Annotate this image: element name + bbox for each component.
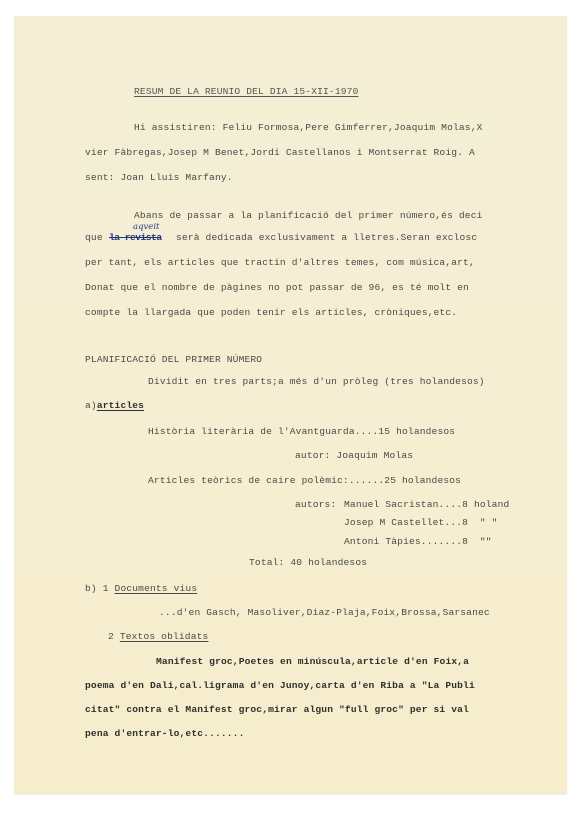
handwritten-insert: aqveit: [133, 222, 159, 232]
attendance-line-2: vier Fàbregas,Josep M Benet,Jordi Castel…: [85, 147, 475, 159]
struck-text: la revista: [109, 232, 162, 243]
article-item-1-author: autor: Joaquim Molas: [295, 450, 413, 462]
paragraph2-line-2-rest: serà dedicada exclusivament a lletres.Se…: [176, 232, 477, 244]
part-b-item-1-prefix: b) 1: [85, 583, 115, 594]
part-a-title: articles: [97, 400, 144, 411]
paragraph2-line-5: compte la llargada que poden tenir els a…: [85, 307, 457, 319]
paragraph2-line-1: Abans de passar a la planificació del pr…: [134, 210, 483, 222]
part-b-item-2-line-1: Manifest groc,Poetes en minúscula,articl…: [156, 656, 469, 668]
part-b-item-2-line-3: citat" contra el Manifest groc,mirar alg…: [85, 704, 469, 716]
attendance-line-3: sent: Joan Lluis Marfany.: [85, 172, 233, 184]
typed-page: RESUM DE LA REUNIO DEL DIA 15-XII-1970 H…: [14, 16, 567, 794]
part-b-item-1: b) 1 Documents vius: [85, 583, 197, 595]
part-b-item-2-line-4: pena d'entrar-lo,etc.......: [85, 728, 245, 740]
article-item-2: Articles teòrics de caire polèmic:......…: [148, 475, 461, 487]
paragraph2-line-3: per tant, els articles que tractin d'alt…: [85, 257, 475, 269]
part-b-item-1-text: ...d'en Gasch, Masoliver,Diaz-Plaja,Foix…: [159, 607, 490, 619]
part-b-item-2-title: Textos oblidats: [120, 631, 209, 642]
part-b-item-2-line-2: poema d'en Dali,cal.ligrama d'en Junoy,c…: [85, 680, 475, 692]
part-b-item-2: 2 Textos oblidats: [108, 631, 208, 643]
author-line-1: Manuel Sacristan....8 holand: [344, 499, 509, 511]
author-line-3: Antoni Tàpies.......8 "": [344, 536, 492, 548]
document-title: RESUM DE LA REUNIO DEL DIA 15-XII-1970: [134, 86, 358, 98]
part-a-prefix: a): [85, 400, 97, 411]
section-heading: PLANIFICACIÓ DEL PRIMER NÚMERO: [85, 354, 262, 366]
total-line: Total: 40 holandesos: [249, 557, 367, 569]
division-line: Dividit en tres parts;a més d'un pròleg …: [148, 376, 485, 388]
paragraph2-line-2-start: que: [85, 232, 103, 244]
attendance-line-1: Hi assistiren: Feliu Formosa,Pere Gimfer…: [134, 122, 483, 134]
paragraph2-line-4: Donat que el nombre de pàgines no pot pa…: [85, 282, 469, 294]
authors-label: autors:: [295, 499, 336, 511]
author-line-2: Josep M Castellet...8 " ": [344, 517, 498, 529]
part-b-item-2-prefix: 2: [108, 631, 120, 642]
part-a-label: a)articles: [85, 400, 144, 412]
article-item-1: Història literària de l'Avantguarda....1…: [148, 426, 455, 438]
part-b-item-1-title: Documents vius: [115, 583, 198, 594]
